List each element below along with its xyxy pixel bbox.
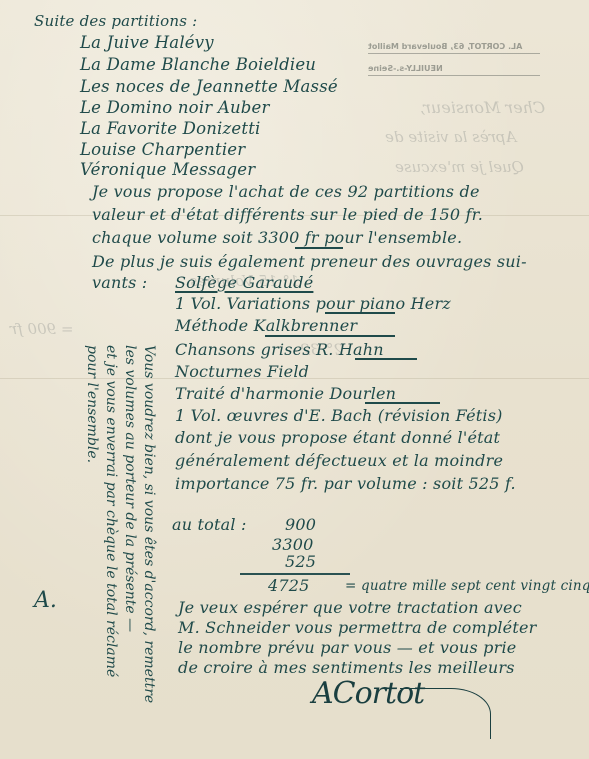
total-amount: 900	[285, 515, 316, 534]
additional-intro-line: De plus je suis également preneur des ou…	[92, 252, 527, 271]
underline-hahn	[355, 358, 417, 360]
additional-item: 1 Vol. œuvres d'E. Bach (révision Fétis)	[175, 406, 503, 425]
additional-item: Nocturnes Field	[175, 362, 309, 381]
sum-rule	[240, 573, 350, 575]
additional-item: Méthode Kalkbrenner	[175, 316, 357, 335]
total-sum: 4725	[268, 576, 310, 595]
additional-paragraph-line: importance 75 fr. par volume : soit 525 …	[175, 474, 516, 493]
margin-note-line: et je vous enverrai par chèque le total …	[101, 345, 120, 703]
margin-note-line: Vous voudrez bien, si vous êtes d'accord…	[139, 345, 158, 703]
additional-paragraph-line: dont je vous propose étant donné l'état	[175, 428, 500, 447]
score-item: Louise Charpentier	[80, 140, 245, 159]
closing-line: le nombre prévu par vous — et vous prie	[178, 638, 516, 657]
additional-paragraph-line: généralement défectueux et la moindre	[175, 451, 503, 470]
additional-item: Solfège Garaudé	[175, 273, 313, 292]
underline-dourlen	[365, 402, 440, 404]
letterhead-line-1: AL. CORTOT, 63, Boulevard Maillot	[368, 42, 540, 54]
showthrough-text: Quel je m'excuse	[395, 158, 524, 176]
total-label: au total :	[172, 515, 247, 534]
additional-item: Traité d'harmonie Dourlen	[175, 384, 396, 403]
underline-kalkbrenner	[265, 335, 395, 337]
score-item: La Favorite Donizetti	[80, 119, 261, 138]
margin-initial: A.	[34, 588, 57, 613]
showthrough-text: Après la visite de	[385, 128, 516, 146]
showthrough-text: = 900 fr	[10, 320, 73, 338]
score-item: La Dame Blanche Boieldieu	[80, 55, 316, 74]
underline-herz	[325, 312, 395, 314]
letter-heading: Suite des partitions :	[34, 12, 197, 30]
margin-note: Vous voudrez bien, si vous êtes d'accord…	[82, 345, 158, 703]
additional-item: 1 Vol. Variations pour piano Herz	[175, 294, 451, 313]
margin-note-line: pour l'ensemble.	[82, 345, 101, 703]
total-amount: 525	[285, 552, 316, 571]
signature-flourish	[400, 688, 491, 739]
letterhead-line-2: NEUILLY-s.-Seine	[368, 64, 540, 76]
letterhead-showthrough: AL. CORTOT, 63, Boulevard Maillot NEUILL…	[368, 42, 540, 86]
letter-page: AL. CORTOT, 63, Boulevard Maillot NEUILL…	[0, 0, 589, 759]
closing-line: M. Schneider vous permettra de compléter	[178, 618, 536, 637]
additional-intro-line: vants :	[92, 273, 147, 292]
score-item: Le Domino noir Auber	[80, 98, 270, 117]
offer-line: chaque volume soit 3300 fr pour l'ensemb…	[92, 228, 462, 247]
margin-note-line: les volumes au porteur de la présente —	[120, 345, 139, 703]
offer-line: valeur et d'état différents sur le pied …	[92, 205, 483, 224]
score-item: Véronique Messager	[80, 160, 255, 179]
score-item: La Juive Halévy	[80, 33, 214, 52]
closing-line: Je veux espérer que votre tractation ave…	[178, 598, 522, 617]
closing-line: de croire à mes sentiments les meilleurs	[178, 658, 515, 677]
score-item: Les noces de Jeannette Massé	[80, 77, 338, 96]
offer-line: Je vous propose l'achat de ces 92 partit…	[92, 182, 480, 201]
total-sum-words: = quatre mille sept cent vingt cinq	[345, 578, 589, 594]
underline-3300	[295, 247, 343, 249]
additional-item: Chansons grises R. Hahn	[175, 340, 384, 359]
showthrough-text: Cher Monsieur,	[420, 98, 545, 117]
